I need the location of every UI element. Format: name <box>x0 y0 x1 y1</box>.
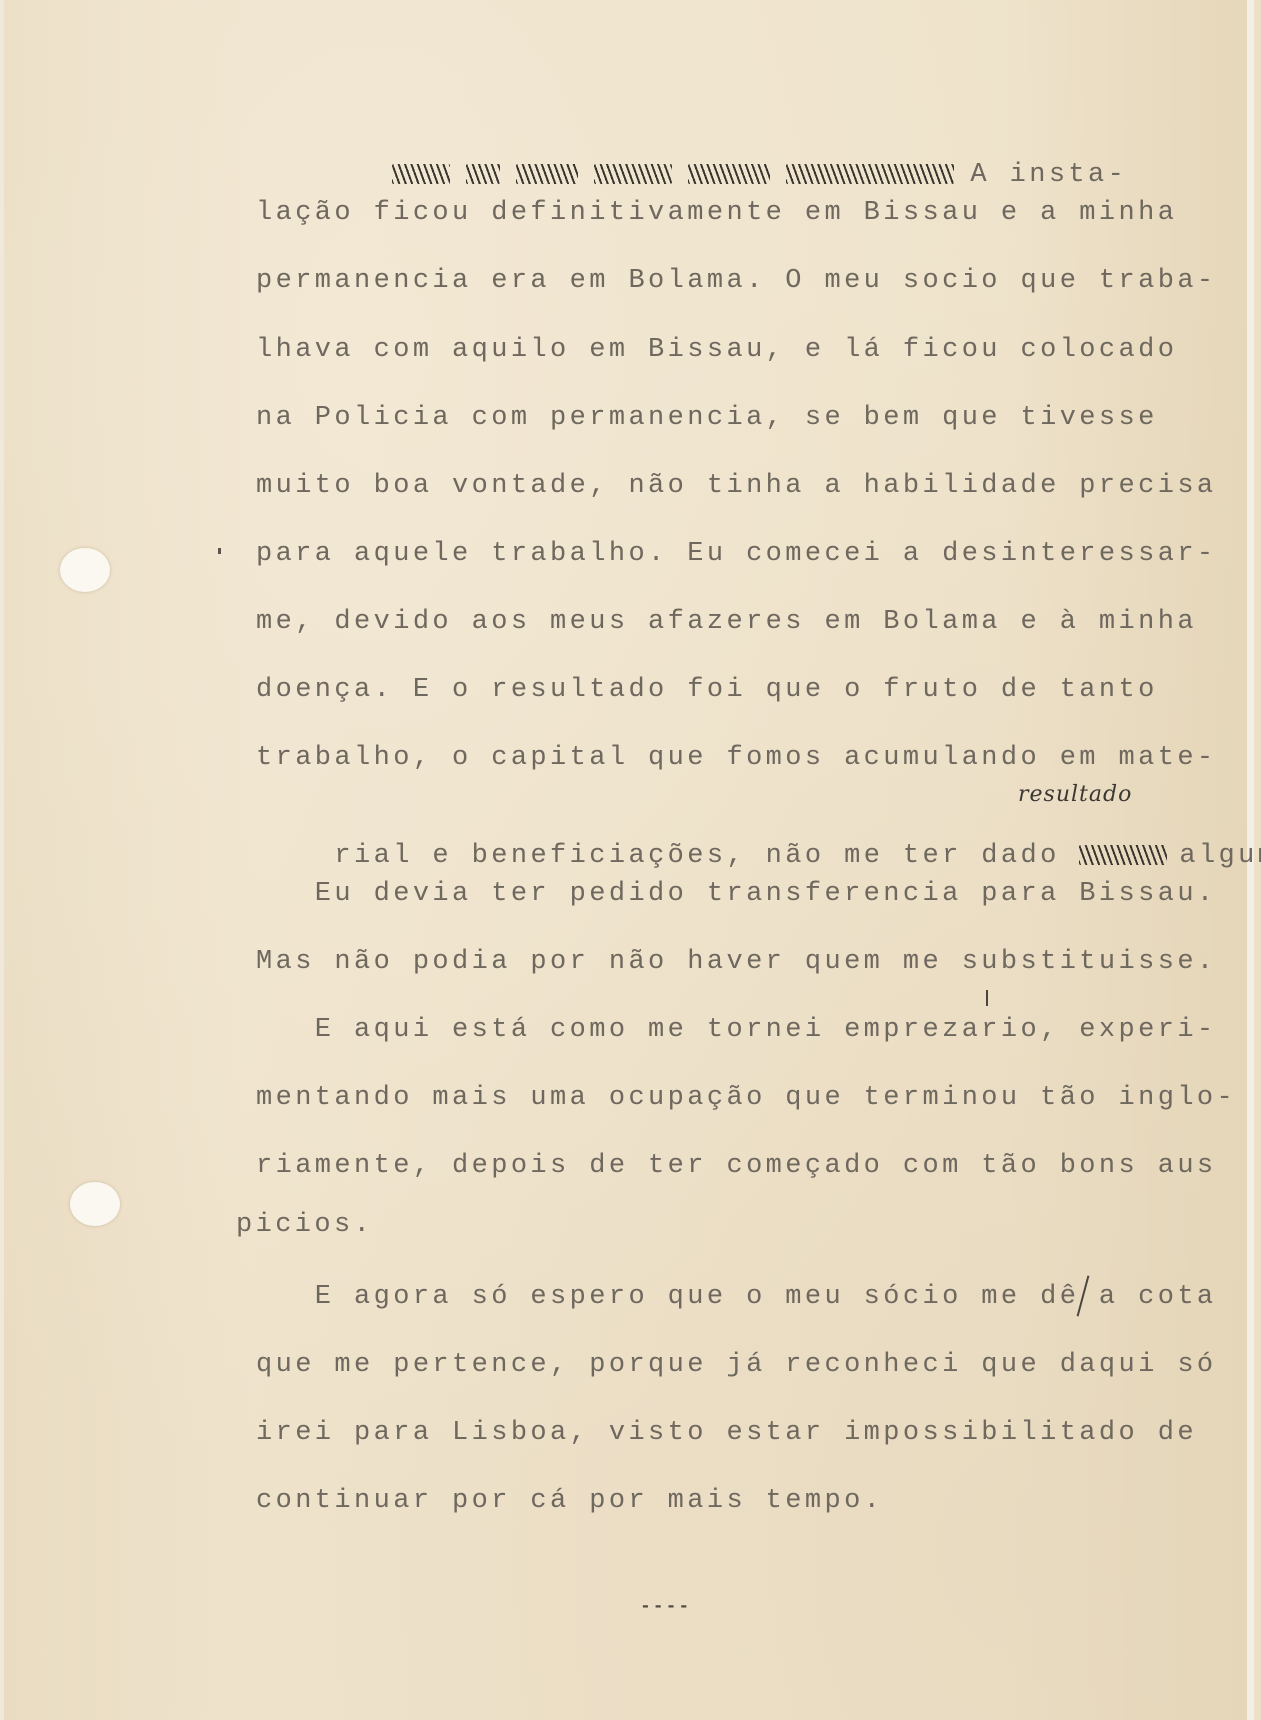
text-line-20: irei para Lisboa, visto estar impossibil… <box>256 1418 1197 1448</box>
pencil-mark <box>986 990 988 1006</box>
strikethrough-scribble <box>392 164 450 184</box>
strikethrough-scribble <box>516 164 578 184</box>
typed-text: rial e beneficiações, não me ter dado <box>334 841 1059 871</box>
margin-mark <box>218 548 221 554</box>
text-line-4: lhava com aquilo em Bissau, e lá ficou c… <box>256 335 1177 365</box>
text-line-10: trabalho, o capital que fomos acumulando… <box>256 743 1217 773</box>
strikethrough-scribble <box>786 164 954 184</box>
end-mark: ---- <box>640 1597 691 1617</box>
text-line-3: permanencia era em Bolama. O meu socio q… <box>256 266 1217 296</box>
strikethrough-scribble <box>594 164 672 184</box>
text-line-2: lação ficou definitivamente em Bissau e … <box>256 198 1177 228</box>
text-line-5: na Policia com permanencia, se bem que t… <box>256 403 1158 433</box>
typed-text: algum. <box>1179 841 1261 871</box>
text-line-18: E agora só espero que o meu sócio me dê … <box>256 1282 1217 1312</box>
strikethrough-scribble <box>1079 845 1167 865</box>
text-line-9: doença. E o resultado foi que o fruto de… <box>256 675 1158 705</box>
text-line-6: muito boa vontade, não tinha a habilidad… <box>256 471 1217 501</box>
text-line-17: picios. <box>236 1210 373 1240</box>
punch-hole-icon <box>70 1182 120 1226</box>
text-line-13: Mas não podia por não haver quem me subs… <box>256 947 1217 977</box>
handwritten-correction: resultado <box>1018 782 1132 807</box>
strikethrough-scribble <box>688 164 770 184</box>
punch-hole-icon <box>60 548 110 592</box>
text-line-8: me, devido aos meus afazeres em Bolama e… <box>256 607 1197 637</box>
text-line-21: continuar por cá por mais tempo. <box>256 1486 883 1516</box>
strikethrough-scribble <box>466 164 500 184</box>
document-page: A insta- lação ficou definitivamente em … <box>0 0 1254 1720</box>
text-line-14: E aqui está como me tornei emprezario, e… <box>256 1015 1217 1045</box>
text-line-16: riamente, depois de ter começado com tão… <box>256 1151 1217 1181</box>
text-line-12: Eu devia ter pedido transferencia para B… <box>256 879 1217 909</box>
text-line-15: mentando mais uma ocupação que terminou … <box>256 1083 1236 1113</box>
text-line-19: que me pertence, porque já reconheci que… <box>256 1350 1217 1380</box>
text-line-7: para aquele trabalho. Eu comecei a desin… <box>256 539 1217 569</box>
typed-text: A insta- <box>970 160 1127 190</box>
page-left-edge <box>0 0 4 1720</box>
